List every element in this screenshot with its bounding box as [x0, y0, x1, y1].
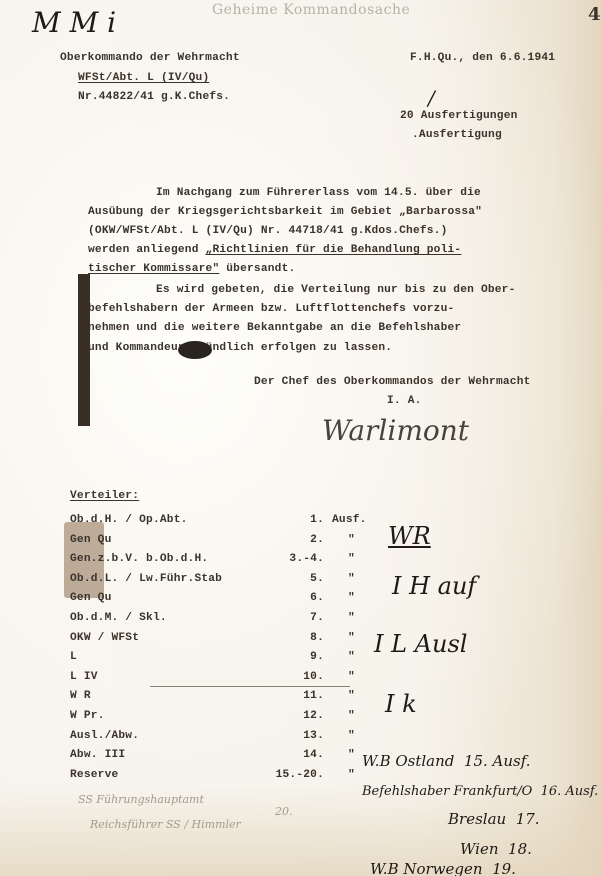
- header-dept: WFSt/Abt. L (IV/Qu): [78, 72, 209, 84]
- copy-number: 5.: [270, 573, 324, 585]
- distribution-row: Reserve15.-20.": [70, 769, 370, 785]
- annotation-il: I L Ausl: [374, 630, 467, 658]
- signature-ia: I. A.: [387, 395, 422, 407]
- copy-number: 12.: [270, 710, 324, 722]
- copy-unit: ": [348, 671, 355, 683]
- annotation-line: W.B Ostland 15. Ausf.: [362, 752, 531, 770]
- copies-number: .Ausfertigung: [412, 129, 502, 141]
- annotation-line: Wien 18.: [460, 840, 532, 858]
- annotation-wr: WR: [388, 522, 431, 550]
- recipient: Ob.d.M. / Skl.: [70, 612, 167, 624]
- body-line: befehlshabern der Armeen bzw. Luftflotte…: [88, 303, 454, 315]
- recipient: L: [70, 651, 77, 663]
- copy-number: 13.: [270, 730, 324, 742]
- copy-number: 2.: [270, 534, 324, 546]
- copy-number: 10.: [270, 671, 324, 683]
- recipient: Ob.d.H. / Op.Abt.: [70, 514, 188, 526]
- body-line: und Kommandeure mündlich erfolgen zu las…: [88, 342, 392, 354]
- copy-unit: ": [348, 573, 355, 585]
- annotation-line: Befehlshaber Frankfurt/O 16. Ausf.: [362, 784, 598, 799]
- recipient: Gen Qu: [70, 534, 111, 546]
- copy-number: 14.: [270, 749, 324, 761]
- body-line: tischer Kommissare" übersandt.: [88, 263, 295, 275]
- distribution-row: W R11.": [70, 690, 370, 706]
- copy-unit: ": [348, 632, 355, 644]
- annotation-line: W.B Norwegen 19.: [370, 860, 516, 876]
- header-ref: Nr.44822/41 g.K.Chefs.: [78, 91, 230, 103]
- copy-unit: ": [348, 651, 355, 663]
- ink-blot: [178, 341, 212, 359]
- copy-number: 9.: [270, 651, 324, 663]
- distribution-row: W Pr.12.": [70, 710, 370, 726]
- copy-unit: ": [348, 690, 355, 702]
- copy-unit: ": [348, 592, 355, 604]
- distribution-row: OKW / WFSt8.": [70, 632, 370, 648]
- copy-number: 8.: [270, 632, 324, 644]
- distribution-row: Abw. III14.": [70, 749, 370, 765]
- copy-unit: ": [348, 553, 355, 565]
- recipient: Gen Qu: [70, 592, 111, 604]
- copy-number: 3.-4.: [270, 553, 324, 565]
- directive-title: tischer Kommissare": [88, 263, 219, 275]
- header-org: Oberkommando der Wehrmacht: [60, 52, 240, 64]
- annotation-faint: SS Führungshauptamt: [78, 793, 204, 806]
- distribution-heading: Verteiler:: [70, 490, 139, 502]
- annotation-faint: 20.: [275, 805, 293, 818]
- copy-number: 1.: [270, 514, 324, 526]
- copy-number: 7.: [270, 612, 324, 624]
- copy-unit: ": [348, 710, 355, 722]
- distribution-row: Ob.d.M. / Skl.7.": [70, 612, 370, 628]
- recipient: Ausl./Abw.: [70, 730, 139, 742]
- copy-unit: Ausf.: [332, 514, 367, 526]
- secret-stamp: Geheime Kommandosache: [212, 2, 410, 18]
- copy-unit: ": [348, 612, 355, 624]
- annotation-ik: I k: [385, 690, 417, 718]
- annotation-line: Breslau 17.: [448, 810, 540, 828]
- recipient: Gen.z.b.V. b.Ob.d.H.: [70, 553, 208, 565]
- distribution-row: Ob.d.L. / Lw.Führ.Stab5.": [70, 573, 370, 589]
- signature-handwritten: Warlimont: [322, 414, 469, 447]
- recipient: L IV: [70, 671, 98, 683]
- body-text: übersandt.: [219, 263, 295, 275]
- copy-unit: ": [348, 534, 355, 546]
- header-place-date: F.H.Qu., den 6.6.1941: [410, 52, 555, 64]
- recipient: Ob.d.L. / Lw.Führ.Stab: [70, 573, 222, 585]
- ruled-line: [150, 686, 350, 687]
- recipient: W Pr.: [70, 710, 105, 722]
- copy-number: 11.: [270, 690, 324, 702]
- body-line: (OKW/WFSt/Abt. L (IV/Qu) Nr. 44718/41 g.…: [88, 225, 448, 237]
- annotation-faint: Reichsführer SS / Himmler: [90, 818, 241, 831]
- body-line: Ausübung der Kriegsgerichtsbarkeit im Ge…: [88, 206, 482, 218]
- distribution-row: Ob.d.H. / Op.Abt.1.Ausf.: [70, 514, 370, 530]
- distribution-row: Ausl./Abw.13.": [70, 730, 370, 746]
- recipient: Abw. III: [70, 749, 125, 761]
- body-line: nehmen und die weitere Bekanntgabe an di…: [88, 322, 461, 334]
- copies-count: 20 Ausfertigungen: [400, 110, 518, 122]
- copy-number: 15.-20.: [270, 769, 324, 781]
- body-line: Es wird gebeten, die Verteilung nur bis …: [156, 284, 516, 296]
- distribution-row: Gen.z.b.V. b.Ob.d.H.3.-4.": [70, 553, 370, 569]
- signature-title: Der Chef des Oberkommandos der Wehrmacht: [254, 376, 531, 388]
- copies-mark: /: [428, 86, 435, 110]
- distribution-row: L IV10.": [70, 671, 370, 687]
- recipient: OKW / WFSt: [70, 632, 139, 644]
- handwritten-initials: M M i: [32, 6, 116, 39]
- body-line: Im Nachgang zum Führererlass vom 14.5. ü…: [156, 187, 481, 199]
- distribution-row: Gen Qu2.": [70, 534, 370, 550]
- distribution-row: Gen Qu6.": [70, 592, 370, 608]
- copy-number: 6.: [270, 592, 324, 604]
- copy-unit: ": [348, 730, 355, 742]
- margin-bar-mark: [78, 274, 90, 426]
- annotation-ih: I H auf: [392, 572, 476, 600]
- recipient: W R: [70, 690, 91, 702]
- directive-title: „Richtlinien für die Behandlung poli-: [206, 244, 462, 256]
- body-text: werden anliegend: [88, 244, 206, 256]
- body-line: werden anliegend „Richtlinien für die Be…: [88, 244, 461, 256]
- page-number: 4: [588, 4, 601, 25]
- recipient: Reserve: [70, 769, 118, 781]
- copy-unit: ": [348, 749, 355, 761]
- copy-unit: ": [348, 769, 355, 781]
- distribution-row: L9.": [70, 651, 370, 667]
